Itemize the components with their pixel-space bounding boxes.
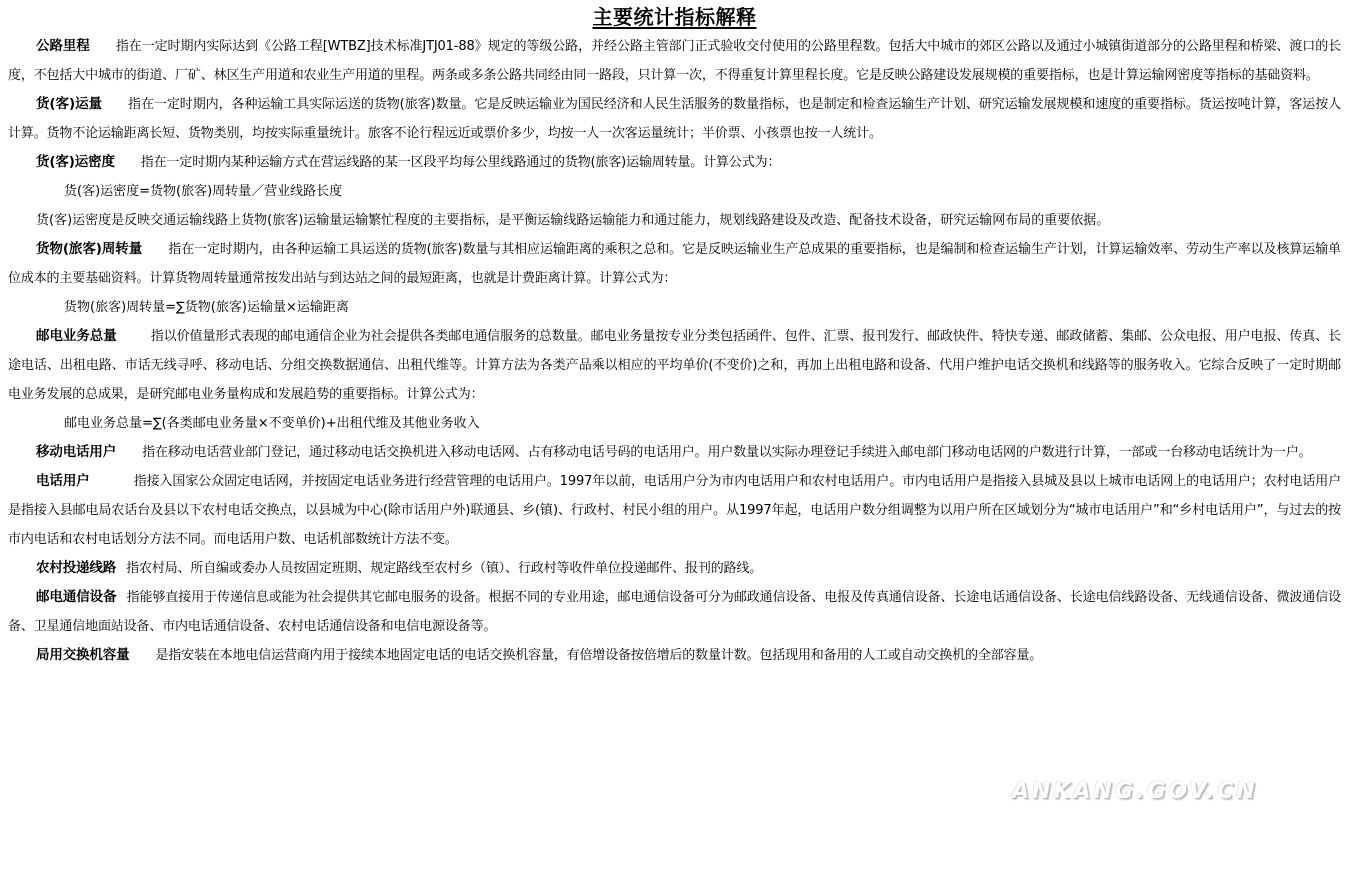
term-label: 移动电话用户	[36, 444, 116, 460]
term-label: 公路里程	[36, 38, 90, 54]
entry-rural-delivery-routes: 农村投递线路指农村局、所自编或委办人员按固定班期、规定路线至农村乡（镇）、行政村…	[8, 554, 1341, 583]
document-page: 主要统计指标解释 公路里程指在一定时期内实际达到《公路工程[WTBZ]技术标准J…	[8, 0, 1341, 670]
entry-turnover-volume: 货物(旅客)周转量指在一定时期内，由各种运输工具运送的货物(旅客)数量与其相应运…	[8, 235, 1341, 293]
formula-transport-density: 货(客)运密度=货物(旅客)周转量／营业线路长度	[8, 177, 1341, 206]
term-label: 邮电通信设备	[36, 589, 117, 605]
formula-postal-telecom-business: 邮电业务总量=∑(各类邮电业务量×不变单价)+出租代维及其他业务收入	[8, 409, 1341, 438]
entry-transport-density: 货(客)运密度指在一定时期内某种运输方式在营运线路的某一区段平均每公里线路通过的…	[8, 148, 1341, 177]
entry-postal-telecom-business: 邮电业务总量指以价值量形式表现的邮电通信企业为社会提供各类邮电通信服务的总数量。…	[8, 322, 1341, 409]
entry-mobile-phone-users: 移动电话用户指在移动电话营业部门登记，通过移动电话交换机进入移动电话网、占有移动…	[8, 438, 1341, 467]
term-definition: 是指安装在本地电信运营商内用于接续本地固定电话的电话交换机容量，有倍增设备按倍增…	[155, 648, 1042, 663]
term-label: 局用交换机容量	[36, 647, 129, 663]
term-definition: 指农村局、所自编或委办人员按固定班期、规定路线至农村乡（镇）、行政村等收件单位投…	[126, 561, 762, 576]
term-definition: 指接入国家公众固定电话网，并按固定电话业务进行经营管理的电话用户。1997年以前…	[8, 474, 1341, 547]
term-definition: 指在移动电话营业部门登记，通过移动电话交换机进入移动电话网、占有移动电话号码的电…	[142, 445, 1311, 460]
term-label: 邮电业务总量	[36, 328, 117, 344]
page-title: 主要统计指标解释	[8, 0, 1341, 32]
term-definition: 指在一定时期内某种运输方式在营运线路的某一区段平均每公里线路通过的货物(旅客)运…	[141, 155, 781, 170]
term-label: 货(客)运量	[36, 96, 102, 112]
site-watermark: ANKANG.GOV.CN	[1012, 779, 1258, 804]
term-label: 货(客)运密度	[36, 154, 115, 170]
entry-highway-mileage: 公路里程指在一定时期内实际达到《公路工程[WTBZ]技术标准JTJ01-88》规…	[8, 32, 1341, 90]
note-transport-density: 货(客)运密度是反映交通运输线路上货物(旅客)运输量运输繁忙程度的主要指标，是平…	[8, 206, 1341, 235]
entry-telecom-equipment: 邮电通信设备指能够直接用于传递信息或能为社会提供其它邮电服务的设备。根据不同的专…	[8, 583, 1341, 641]
term-definition: 指能够直接用于传递信息或能为社会提供其它邮电服务的设备。根据不同的专业用途，邮电…	[8, 590, 1341, 634]
formula-turnover-volume: 货物(旅客)周转量=∑货物(旅客)运输量×运输距离	[8, 293, 1341, 322]
term-definition: 指以价值量形式表现的邮电通信企业为社会提供各类邮电通信服务的总数量。邮电业务量按…	[8, 329, 1341, 402]
term-definition: 指在一定时期内，各种运输工具实际运送的货物(旅客)数量。它是反映运输业为国民经济…	[8, 97, 1341, 141]
entry-exchange-capacity: 局用交换机容量是指安装在本地电信运营商内用于接续本地固定电话的电话交换机容量，有…	[8, 641, 1341, 670]
term-definition: 指在一定时期内实际达到《公路工程[WTBZ]技术标准JTJ01-88》规定的等级…	[8, 39, 1341, 83]
entry-freight-passenger-volume: 货(客)运量指在一定时期内，各种运输工具实际运送的货物(旅客)数量。它是反映运输…	[8, 90, 1341, 148]
entry-telephone-users: 电话用户指接入国家公众固定电话网，并按固定电话业务进行经营管理的电话用户。199…	[8, 467, 1341, 554]
term-definition: 指在一定时期内，由各种运输工具运送的货物(旅客)数量与其相应运输距离的乘积之总和…	[8, 242, 1341, 286]
term-label: 货物(旅客)周转量	[36, 241, 142, 257]
term-label: 农村投递线路	[36, 560, 116, 576]
term-label: 电话用户	[36, 473, 90, 489]
